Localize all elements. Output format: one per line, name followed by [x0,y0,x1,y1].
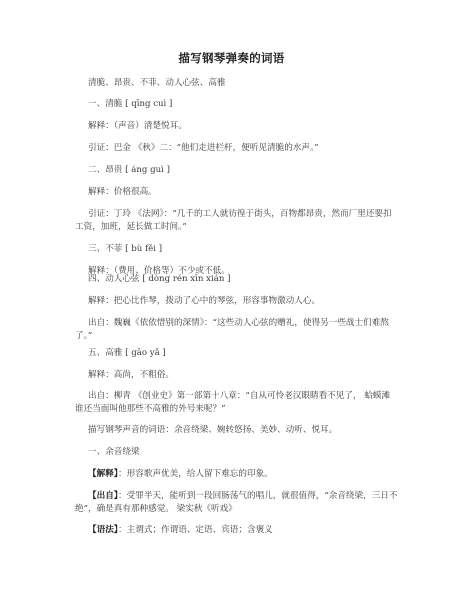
entry-citation-continued: 谁还当面叫他那些不高雅的外号来呢？” [75,404,226,415]
summary-line: 清脆、昂贵、不菲、动人心弦、高雅 [88,78,226,89]
entry-heading: 五、高雅 [ gāo yǎ ] [88,348,166,359]
entry-explanation: 解释：高尚，不粗俗。 [88,370,174,381]
sub-entry-explanation: 【解释】：形容歌声优美，给人留下难忘的印象。 [88,469,273,480]
document-title: 描写钢琴弹奏的词语 [0,50,463,66]
sub-entry-grammar: 【语法】：主谓式；作谓语、定语、宾语；含褒义 [88,525,273,536]
entry-heading: 二、昂贵 [ áng guì ] [88,165,170,176]
grammar-tag: 【语法】 [88,525,118,535]
entry-citation: 出自：柳青 《创业史》第一部第十八章：“自从可怜老汉眼睛看不见了， 蛤蟆滩 [88,391,390,402]
sub-entry-source-continued: 绝”，确是真有那种感觉。 梁实秋《听戏》 [75,504,237,515]
sub-entry-heading: 一、余音绕梁 [88,447,140,458]
entry-explanation: 解释：价格很高。 [88,187,157,198]
grammar-text: ：主谓式；作谓语、定语、宾语；含褒义 [118,525,273,535]
explanation-tag: 【解释】 [88,469,118,479]
entry-citation-continued: 了。” [75,331,92,342]
source-tag: 【出自】 [88,491,118,501]
sub-entry-source: 【出自】：受罪半天，能听到一段回肠荡气的唱儿，就很值得，“余音绕梁，三日不 [88,491,397,502]
entry-citation: 引证：巴金 《秋》二：“他们走进栏杆，便听见清脆的水声。” [88,143,319,154]
explanation-text: ：形容歌声优美，给人留下难忘的印象。 [118,469,273,479]
entry-heading: 四、动人心弦 [ dòng rén xīn xián ] [88,274,230,285]
entry-heading: 三、不菲 [ bù fěi ] [88,244,162,255]
entry-heading: 一、清脆 [ qīng cuì ] [88,99,172,110]
entry-citation: 出自：魏巍《依依惜别的深情》：“这些动人心弦的赠礼，使得另一些战士们难熬 [88,318,389,329]
entry-citation: 引证：丁玲 《法网》：“几千的工人就彷徨于街头，百物都昂贵，然而厂里还要扣 [88,209,392,220]
entry-explanation: 解释：（声音）清楚悦耳。 [88,121,187,132]
entry-citation-continued: 工资，加班，延长做工时间。” [75,222,187,233]
sound-words-line: 描写钢琴声音的词语：余音绕梁、婉转悠扬、美妙、动听、悦耳。 [88,425,337,436]
entry-explanation: 解释：把心比作琴，拨动了心中的琴弦，形容事物激动人心。 [88,296,320,307]
document-page: 描写钢琴弹奏的词语 清脆、昂贵、不菲、动人心弦、高雅 一、清脆 [ qīng c… [0,0,463,600]
source-text: ：受罪半天，能听到一段回肠荡气的唱儿，就很值得，“余音绕梁，三日不 [118,491,397,501]
